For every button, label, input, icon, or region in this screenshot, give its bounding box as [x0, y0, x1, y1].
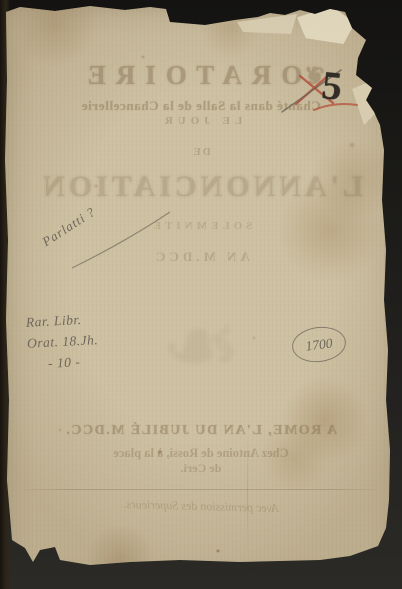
showthrough-subtitle: Chanté dans la Salle de la Chancellerie: [0, 98, 402, 114]
showthrough-year: AN M.DCC: [0, 249, 402, 265]
showthrough-title-text: ORATOIRE: [78, 60, 303, 90]
showthrough-imprint-line1: A ROME, L'AN DU JUBILÉ M.DCC.: [0, 423, 402, 439]
shelfmark-line3: - 10 -: [48, 351, 100, 375]
oval-year-text: 1700: [305, 335, 334, 354]
showthrough-permission: Avec permission des Superieurs.: [0, 494, 402, 520]
scan-background: ❦ORATOIRE Chanté dans la Salle de la Cha…: [0, 0, 402, 589]
showthrough-le-jour: LE JOUR: [0, 115, 402, 127]
paper-page: ❦ORATOIRE Chanté dans la Salle de la Cha…: [0, 0, 402, 589]
showthrough-imprint-line3: de Ceri.: [0, 461, 402, 476]
horizontal-crease: [15, 489, 385, 490]
showthrough-imprint-line2: Chez Antoine de Rossi, à la place: [0, 446, 402, 461]
showthrough-main-title: L'ANNONCIATION: [0, 170, 402, 204]
vertical-crease: [247, 430, 248, 555]
shelfmark-line2: Orat. 18.Jh.: [27, 330, 99, 355]
showthrough-de: DE: [0, 146, 402, 158]
shelfmark-annotation: Rar. Libr. Orat. 18.Jh. - 10 -: [25, 309, 99, 375]
